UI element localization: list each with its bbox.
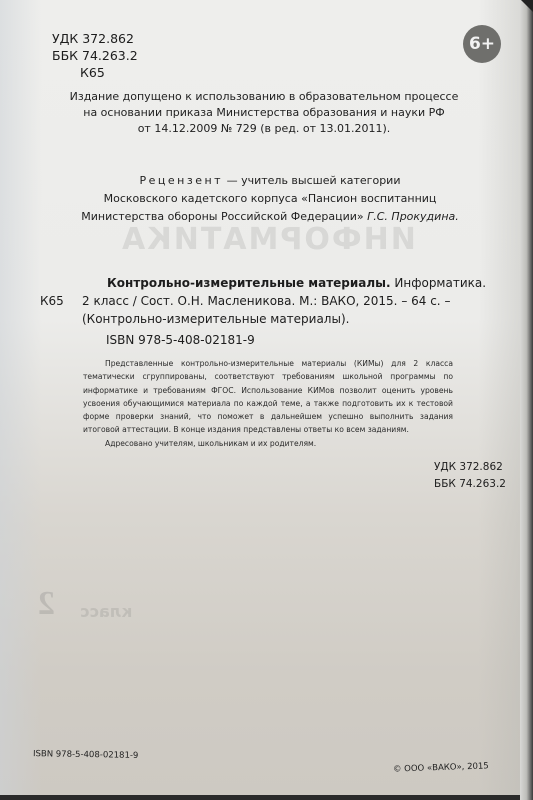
- book-subject: Информатика.: [391, 276, 486, 290]
- corner-shadow: [521, 0, 533, 12]
- approval-notice: Издание допущено к использованию в образ…: [60, 89, 468, 137]
- annotation-paragraph: Адресовано учителям, школьникам и их род…: [83, 437, 453, 450]
- bbk-code: ББК 74.263.2: [52, 47, 138, 64]
- reviewer-info: Рецензент — учитель высшей категории Мос…: [60, 172, 480, 226]
- bleed-through-title: ИНФОРМАТИКА: [120, 222, 416, 257]
- bleed-through-grade-number: 2: [38, 585, 55, 623]
- reviewer-org-line: Московского кадетского корпуса «Пансион …: [60, 190, 480, 208]
- approval-line: на основании приказа Министерства образо…: [60, 105, 468, 121]
- bbk-code: ББК 74.263.2: [434, 476, 506, 493]
- biblio-details: 2 класс / Сост. О.Н. Масленикова. М.: ВА…: [82, 292, 510, 310]
- bleed-through-grade-word: класс: [80, 602, 132, 621]
- annotation: Представленные контрольно-измерительные …: [83, 357, 453, 450]
- reviewer-label: Рецензент: [140, 174, 224, 187]
- author-mark: К65: [52, 64, 138, 81]
- classification-codes-bottom: УДК 372.862 ББК 74.263.2: [434, 459, 506, 493]
- page-edge: [520, 0, 533, 800]
- approval-line: от 14.12.2009 № 729 (в ред. от 13.01.201…: [60, 121, 468, 137]
- udk-code: УДК 372.862: [52, 30, 138, 47]
- biblio-author-mark: К65: [40, 292, 82, 310]
- reviewer-org-line: Министерства обороны Российской Федераци…: [81, 210, 367, 223]
- age-rating-badge: 6+: [463, 25, 501, 63]
- biblio-series: (Контрольно-измерительные материалы).: [82, 310, 510, 328]
- bibliographic-record: Контрольно-измерительные материалы. Инфо…: [40, 274, 510, 328]
- footer-isbn: ISBN 978-5-408-02181-9: [33, 749, 139, 761]
- reviewer-name: Г.С. Прокудина.: [367, 210, 459, 223]
- book-imprint-page: ИНФОРМАТИКА 2 класс УДК 372.862 ББК 74.2…: [0, 0, 520, 795]
- book-title: Контрольно-измерительные материалы.: [107, 276, 391, 290]
- isbn: ISBN 978-5-408-02181-9: [106, 333, 255, 347]
- annotation-paragraph: Представленные контрольно-измерительные …: [83, 357, 453, 437]
- udk-code: УДК 372.862: [434, 459, 506, 476]
- approval-line: Издание допущено к использованию в образ…: [60, 89, 468, 105]
- reviewer-title: — учитель высшей категории: [223, 174, 400, 187]
- classification-codes: УДК 372.862 ББК 74.263.2 К65: [52, 30, 138, 81]
- copyright-notice: © ООО «ВАКО», 2015: [393, 761, 489, 774]
